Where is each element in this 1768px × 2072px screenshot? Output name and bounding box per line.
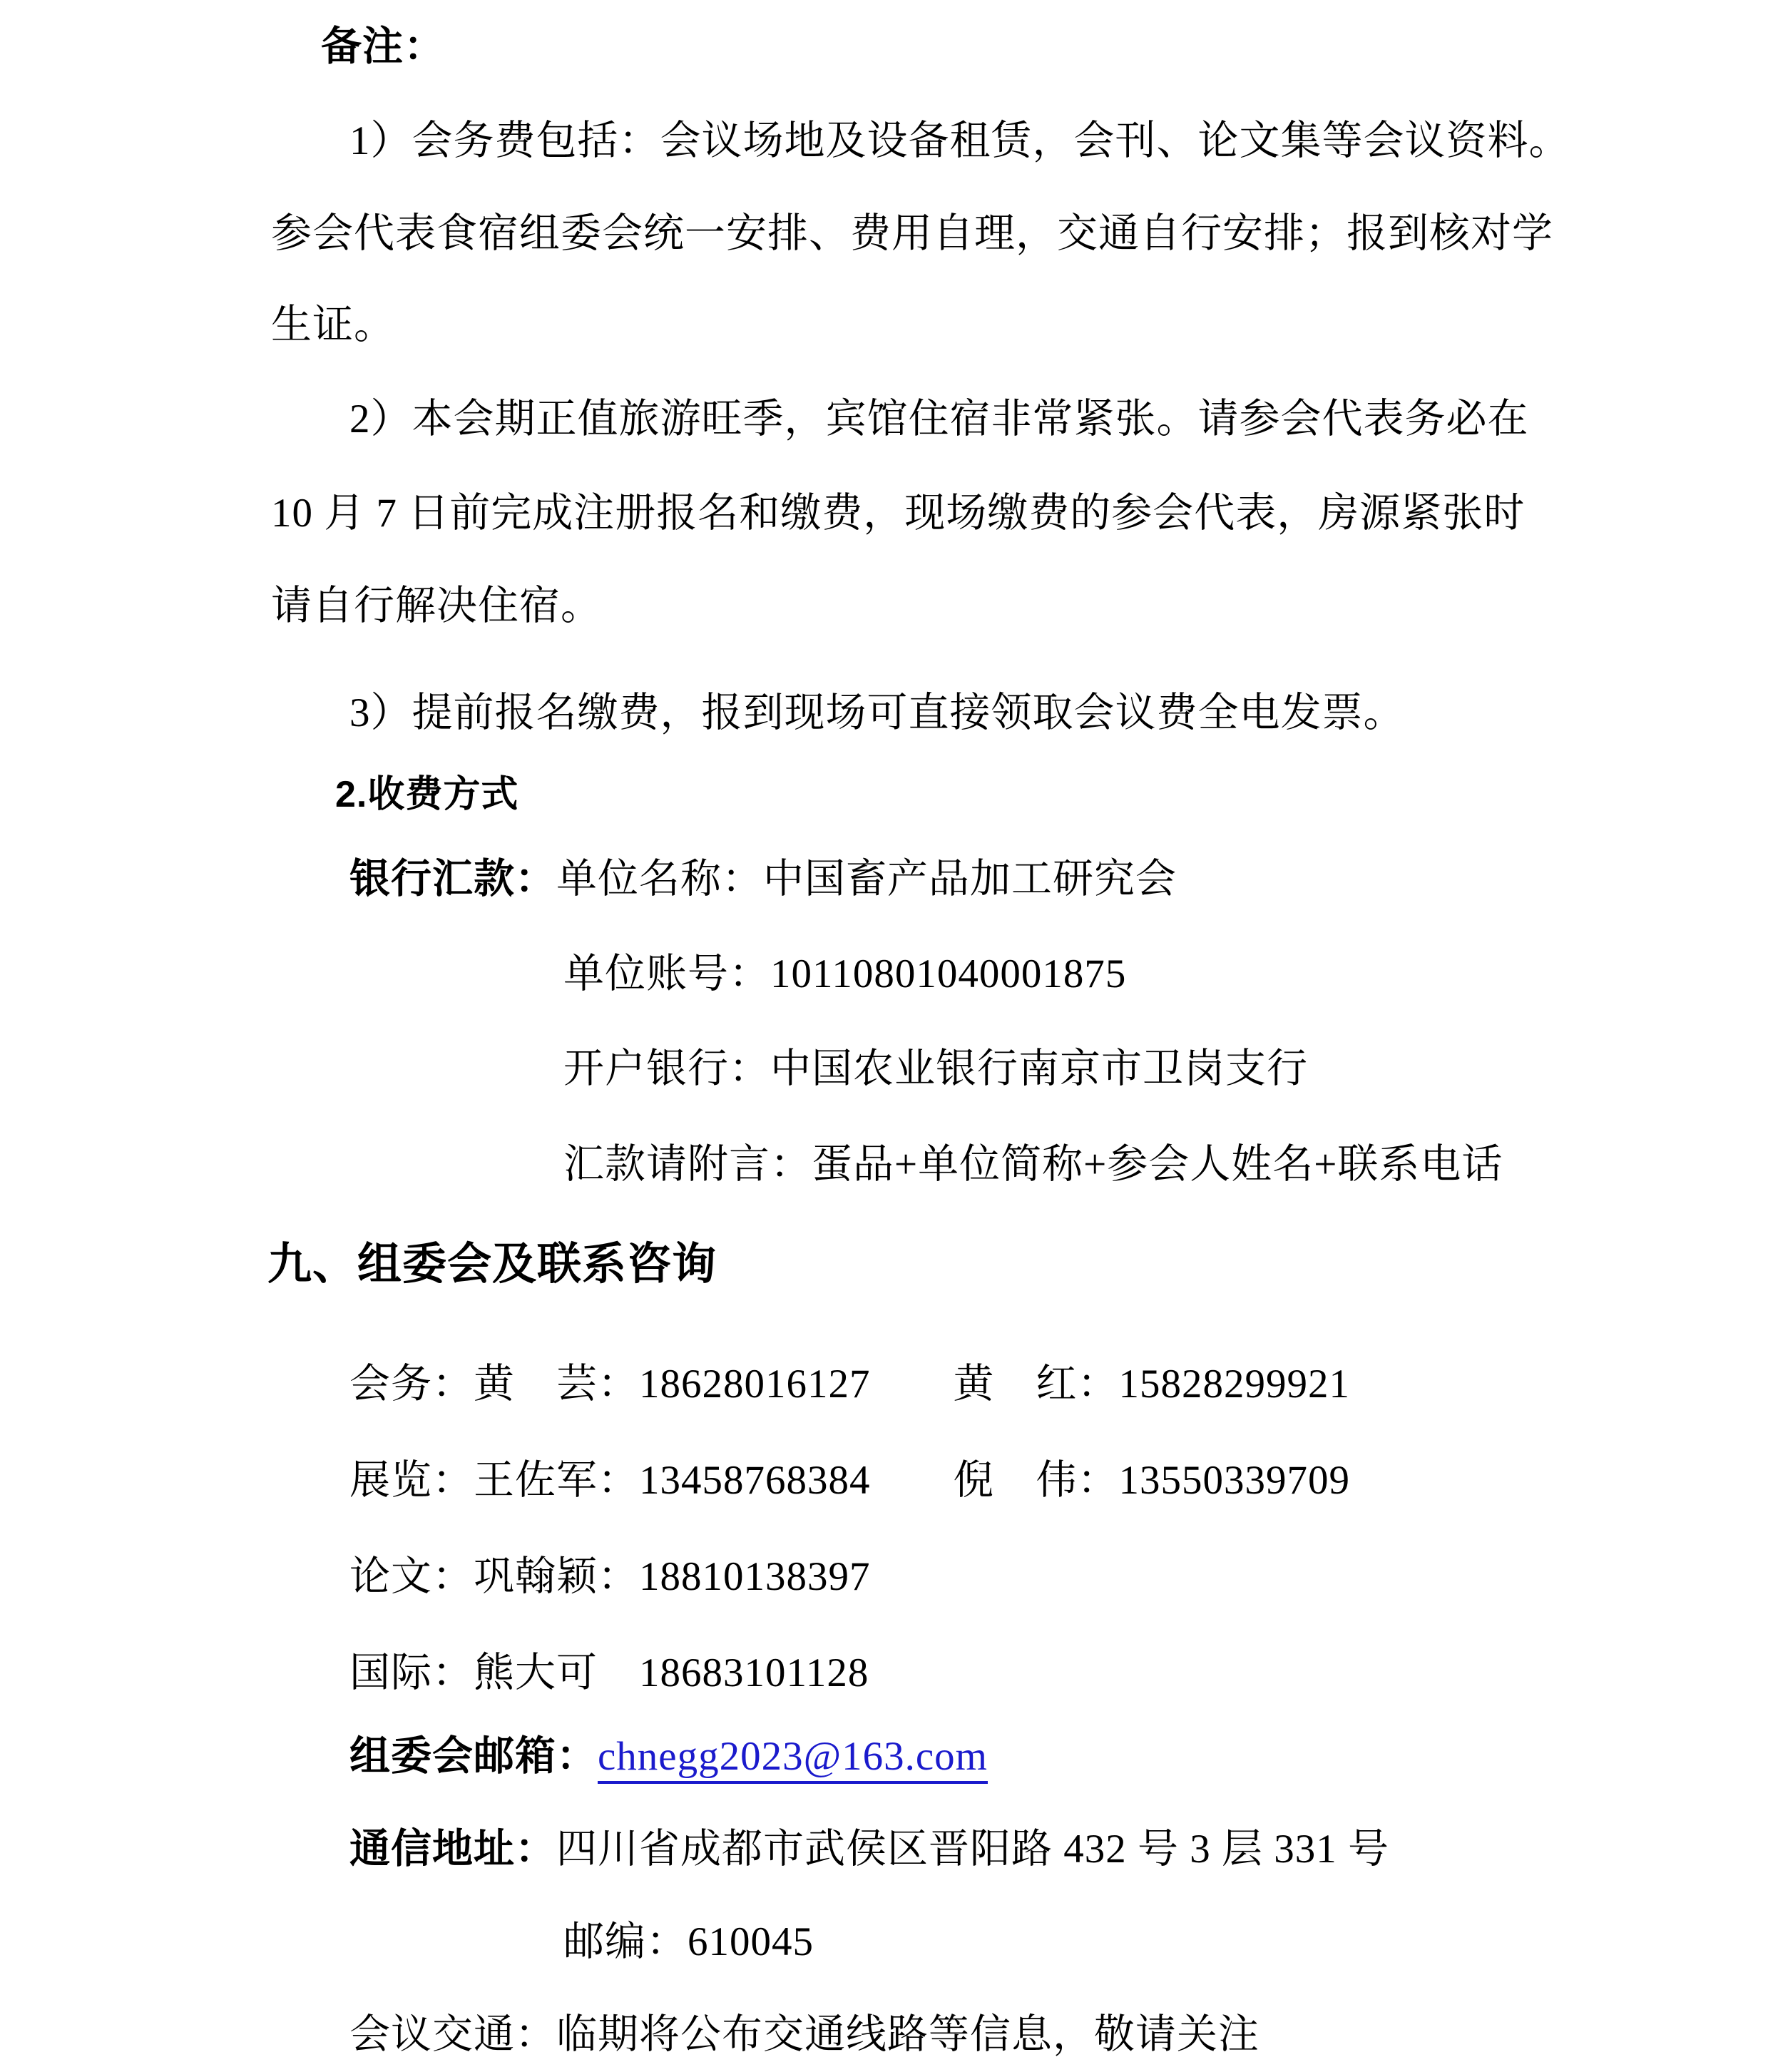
bank-transfer-label: 银行汇款： xyxy=(349,857,556,902)
email-link[interactable]: chnegg2023@163.com xyxy=(598,1734,988,1784)
email-label: 组委会邮箱： xyxy=(349,1734,598,1779)
payment-bank-name: 开户银行：中国农业银行南京市卫岗支行 xyxy=(563,1043,1308,1095)
committee-transport: 会议交通：临期将公布交通线路等信息，敬请关注 xyxy=(349,2009,1259,2061)
address-label: 通信地址： xyxy=(349,1827,556,1872)
committee-conference-affairs: 会务：黄 芸：18628016127 黄 红：15828299921 xyxy=(349,1359,1350,1410)
remarks-note1-line2: 参会代表食宿组委会统一安排、费用自理，交通自行安排；报到核对学 xyxy=(271,208,1553,260)
remarks-note2-line2: 10 月 7 日前完成注册报名和缴费，现场缴费的参会代表，房源紧张时 xyxy=(271,488,1525,539)
remarks-note2-line1: 2）本会期正值旅游旺季，宾馆住宿非常紧张。请参会代表务必在 xyxy=(349,394,1529,445)
committee-email-line: 组委会邮箱：chnegg2023@163.com xyxy=(349,1731,988,1782)
remarks-note2-line3: 请自行解决住宿。 xyxy=(271,581,602,632)
address-text: 四川省成都市武侯区晋阳路 432 号 3 层 331 号 xyxy=(556,1827,1389,1872)
committee-postal-code: 邮编：610045 xyxy=(563,1917,814,1968)
payment-heading: 2.收费方式 xyxy=(335,769,518,820)
committee-exhibition: 展览：王佐军：13458768384 倪 伟：13550339709 xyxy=(349,1455,1350,1506)
unit-name-text: 单位名称：中国畜产品加工研究会 xyxy=(556,857,1177,902)
payment-account-number: 单位账号：10110801040001875 xyxy=(563,949,1126,1000)
remarks-note1-line3: 生证。 xyxy=(271,300,395,351)
payment-bank-transfer-line: 银行汇款：单位名称：中国畜产品加工研究会 xyxy=(349,854,1177,905)
committee-heading: 九、组委会及联系咨询 xyxy=(267,1239,717,1290)
remarks-heading: 备注： xyxy=(321,21,445,73)
remarks-note3: 3）提前报名缴费，报到现场可直接领取会议费全电发票。 xyxy=(349,688,1405,739)
remarks-note1-line1: 1）会务费包括：会议场地及设备租赁，会刊、论文集等会议资料。 xyxy=(349,116,1570,167)
payment-remittance-note: 汇款请附言：蛋品+单位简称+参会人姓名+联系电话 xyxy=(563,1139,1503,1190)
document-page: 备注： 1）会务费包括：会议场地及设备租赁，会刊、论文集等会议资料。 参会代表食… xyxy=(0,0,1768,2072)
committee-address-line: 通信地址：四川省成都市武侯区晋阳路 432 号 3 层 331 号 xyxy=(349,1824,1389,1875)
committee-international: 国际：熊大可 18683101128 xyxy=(349,1648,869,1699)
committee-papers: 论文：巩翰颖：18810138397 xyxy=(349,1551,871,1603)
